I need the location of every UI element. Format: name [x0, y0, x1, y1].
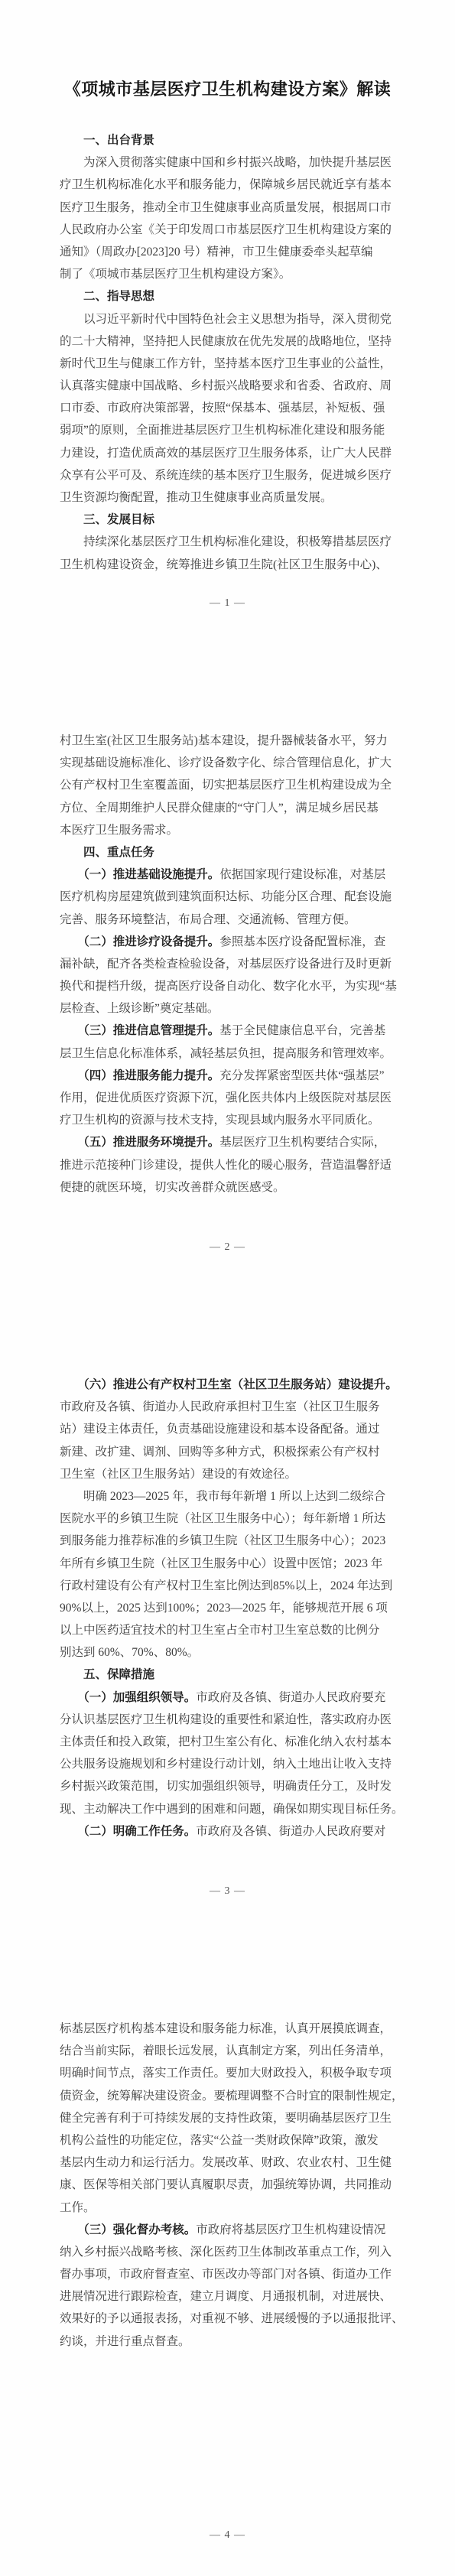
text-line: 标基层医疗机构基本建设和服务能力标准，认真开展摸底调查，	[60, 2018, 393, 2040]
body-text: 乡村振兴政策范围，切实加强组织领导，明确责任分工，及时发	[60, 1780, 392, 1793]
body-text: 制了《项城市基层医疗卫生机构建设方案》。	[60, 268, 291, 281]
text-line: 康、医保等相关部门要认真履职尽责，加强统筹协调，共同推动	[60, 2174, 393, 2196]
text-line: 现、主动解决工作中遇到的困难和问题，确保如期实现目标任务。	[60, 1798, 393, 1820]
text-line: 层卫生信息化标准体系，减轻基层负担，提高服务和管理效率。	[60, 1042, 393, 1065]
text-line: （三）强化督办考核。市政府将基层医疗卫生机构建设情况	[60, 2219, 393, 2241]
bold-text: 二、指导思想	[60, 290, 154, 303]
text-line: 新建、改扩建、调剂、回购等多种方式，积极探索公有产权村	[60, 1441, 393, 1463]
text-line: 医院水平的乡镇卫生院（社区卫生服务中心）；每年新增 1 所达	[60, 1508, 393, 1530]
text-line: 推进示范接种门诊建设，提供人性化的暖心服务，营造温馨舒适	[60, 1154, 393, 1176]
body-text: 疗卫生机构标准化水平和服务能力，保障城乡居民就近享有基本	[60, 178, 392, 191]
body-text: 新时代卫生与健康工作方针，坚持基本医疗卫生事业的公益性，	[60, 357, 392, 370]
body-text: 层卫生信息化标准体系，减轻基层负担，提高服务和管理效率。	[60, 1047, 392, 1060]
text-line: 明确时间节点，落实工作责任。要加大财政投入，积极争取专项	[60, 2062, 393, 2084]
body-text: 实现基础设施标准化、诊疗设备数字化、综合管理信息化，扩大	[60, 756, 392, 769]
text-line: 结合当前实际，着眼长远发展，认真制定方案，列出任务清单，	[60, 2040, 393, 2062]
body-text: 主体责任和投入政策，把村卫生室公有化、标准化纳入农村基本	[60, 1735, 392, 1748]
text-line: 便捷的就医环境，切实改善群众就医感受。	[60, 1176, 393, 1199]
body-text: 明确时间节点，落实工作责任。要加大财政投入，积极争取专项	[60, 2067, 392, 2080]
body-text: 认真落实健康中国战略、乡村振兴战略要求和省委、省政府、周	[60, 379, 392, 392]
body-text: 公有产权村卫生室覆盖面，切实把基层医疗卫生机构建设成为全	[60, 779, 392, 792]
heading-line: 一、出台背景	[60, 129, 393, 151]
body-text: 标基层医疗机构基本建设和服务能力标准，认真开展摸底调查，	[60, 2022, 392, 2035]
text-line: 90%以上，2025 达到100%；2023—2025 年，能够规范开展 6 项	[60, 1597, 393, 1619]
text-line: 人民政府办公室《关于印发周口市基层医疗卫生机构建设方案的	[60, 219, 393, 241]
text-line: 主体责任和投入政策，把村卫生室公有化、标准化纳入农村基本	[60, 1731, 393, 1753]
body-text: 健全完善有利于可持续发展的支持性政策，要明确基层医疗卫生	[60, 2112, 392, 2125]
page-number: — 2 —	[0, 1241, 455, 1254]
body-text: 进展情况进行跟踪检查，建立月调度、月通报机制，对进展快、	[60, 2290, 392, 2303]
text-line: 漏补缺，配齐各类检查检验设备，对基层医疗设备进行及时更新	[60, 953, 393, 975]
body-text: 市政府将基层医疗卫生机构建设情况	[196, 2223, 385, 2236]
body-text: 方位、全周期维护人民群众健康的“守门人”，满足城乡居民基	[60, 802, 379, 815]
document-title: 《项城市基层医疗卫生机构建设方案》解读	[0, 76, 455, 100]
body-text: 效果好的予以通报表扬，对重视不够、进展缓慢的予以通报批评、	[60, 2312, 404, 2325]
page: 标基层医疗机构基本建设和服务能力标准，认真开展摸底调查，结合当前实际，着眼长远发…	[0, 1932, 455, 2576]
body-text: 以习近平新时代中国特色社会主义思想为指导，深入贯彻党	[60, 313, 392, 326]
body-text: 结合当前实际，着眼长远发展，认真制定方案，列出任务清单，	[60, 2044, 392, 2057]
body-text: 站）建设主体责任，负责基础设施建设和基本设备配备。通过	[60, 1423, 380, 1436]
body-text: 现、主动解决工作中遇到的困难和问题，确保如期实现目标任务。	[60, 1803, 404, 1816]
text-line: 督办事项，市政府督查室、市医改办等部门对各镇、街道办工作	[60, 2263, 393, 2285]
body-text: 依据国家现行建设标准，对基层	[219, 868, 385, 881]
text-line: 完善、服务环境整洁，布局合理、交通流畅、管理方便。	[60, 909, 393, 931]
body-text: 换代和提档升级，提高医疗设备自动化、数字化水平，为实现“基	[60, 980, 397, 993]
text-line: 年所有乡镇卫生院（社区卫生服务中心）设置中医馆；2023 年	[60, 1553, 393, 1575]
text-line: 作用，促进优质医疗资源下沉，强化医共体内上级医院对基层医	[60, 1087, 393, 1109]
text-line: 明确 2023—2025 年，我市每年新增 1 所以上达到二级综合	[60, 1485, 393, 1508]
text-line: 公共服务设施规划和乡村建设行动计划，纳入土地出让收入支持	[60, 1753, 393, 1775]
text-line: 进展情况进行跟踪检查，建立月调度、月通报机制，对进展快、	[60, 2285, 393, 2308]
body-text: 新建、改扩建、调剂、回购等多种方式，积极探索公有产权村	[60, 1446, 380, 1459]
text-line: 站）建设主体责任，负责基础设施建设和基本设备配备。通过	[60, 1418, 393, 1440]
bold-text: （四）推进服务能力提升。	[60, 1069, 219, 1082]
text-line: 公有产权村卫生室覆盖面，切实把基层医疗卫生机构建设成为全	[60, 774, 393, 796]
text-line: 纳入乡村振兴战略考核、深化医药卫生体制改革重点工作，列入	[60, 2241, 393, 2263]
body-text: 督办事项，市政府督查室、市医改办等部门对各镇、街道办工作	[60, 2268, 392, 2281]
page-number: — 3 —	[0, 1885, 455, 1898]
bold-text: （六）推进公有产权村卫生室（社区卫生服务站）建设提升。	[60, 1378, 398, 1391]
text-line: 到服务能力推荐标准的乡镇卫生院（社区卫生服务中心）；2023	[60, 1530, 393, 1552]
text-line: 以上中医药适宜技术的村卫生室占全市村卫生室总数的比例分	[60, 1619, 393, 1641]
text-line: 医疗卫生服务，推动全市卫生健康事业高质量发展，根据周口市	[60, 197, 393, 219]
body-text: 以上中医药适宜技术的村卫生室占全市村卫生室总数的比例分	[60, 1624, 380, 1637]
text-line: 实现基础设施标准化、诊疗设备数字化、综合管理信息化，扩大	[60, 752, 393, 774]
body-text: 通知》（周政办[2023]20 号）精神，市卫生健康委牵头起草编	[60, 246, 372, 259]
body-text: 到服务能力推荐标准的乡镇卫生院（社区卫生服务中心）；2023	[60, 1534, 385, 1547]
body-text: 卫生室（社区卫生服务站）建设的有效途径。	[60, 1468, 297, 1481]
page-number: — 4 —	[0, 2529, 455, 2542]
text-line: 乡村振兴政策范围，切实加强组织领导，明确责任分工，及时发	[60, 1775, 393, 1797]
body-text: 债资金，统筹解决建设资金。要梳理调整不合时宜的限制性规定，	[60, 2090, 404, 2103]
bold-text: 一、出台背景	[60, 134, 154, 147]
body-text: 约谈，并进行重点督查。	[60, 2335, 190, 2348]
text-line: （一）推进基础设施提升。依据国家现行建设标准，对基层	[60, 864, 393, 886]
text-line: （二）推进诊疗设备提升。参照基本医疗设备配置标准，查	[60, 931, 393, 953]
text-line: 约谈，并进行重点督查。	[60, 2330, 393, 2353]
body-text: 口市委、市政府决策部署，按照“保基本、强基层，补短板、强	[60, 402, 385, 415]
body-text: 本医疗卫生服务需求。	[60, 824, 178, 837]
page-lines: 一、出台背景 为深入贯彻落实健康中国和乡村振兴战略，加快提升基层医疗卫生机构标准…	[60, 129, 393, 576]
bold-text: 三、发展目标	[60, 513, 154, 526]
text-line: 口市委、市政府决策部署，按照“保基本、强基层，补短板、强	[60, 397, 393, 419]
text-line: 为深入贯彻落实健康中国和乡村振兴战略，加快提升基层医	[60, 151, 393, 174]
text-line: 医疗机构房屋建筑做到建筑面积达标、功能分区合理、配套设施	[60, 886, 393, 908]
text-line: 认真落实健康中国战略、乡村振兴战略要求和省委、省政府、周	[60, 375, 393, 397]
body-text: 推进示范接种门诊建设，提供人性化的暖心服务，营造温馨舒适	[60, 1159, 392, 1172]
text-line: 层检查、上级诊断”奠定基础。	[60, 997, 393, 1020]
text-line: 换代和提档升级，提高医疗设备自动化、数字化水平，为实现“基	[60, 975, 393, 997]
body-text: 工作。	[60, 2201, 96, 2214]
heading-line: 四、重点任务	[60, 841, 393, 864]
body-text: 市政府及各镇、街道办人民政府承担村卫生室（社区卫生服务	[60, 1400, 380, 1413]
body-text: 充分发挥紧密型医共体“强基层”	[219, 1069, 384, 1082]
body-text: 疗卫生机构的资源与技术支持，实现县域内服务水平同质化。	[60, 1114, 380, 1127]
text-line: 卫生室（社区卫生服务站）建设的有效途径。	[60, 1463, 393, 1485]
body-text: 医疗机构房屋建筑做到建筑面积达标、功能分区合理、配套设施	[60, 890, 392, 903]
text-line: 工作。	[60, 2197, 393, 2219]
body-text: 层检查、上级诊断”奠定基础。	[60, 1002, 219, 1015]
page: （六）推进公有产权村卫生室（社区卫生服务站）建设提升。市政府及各镇、街道办人民政…	[0, 1288, 455, 1932]
bold-text: （三）强化督办考核。	[60, 2223, 196, 2236]
body-text: 基层内生动力和运行活力。发展改革、财政、农业农村、卫生健	[60, 2156, 392, 2169]
text-line: （二）明确工作任务。市政府及各镇、街道办人民政府要对	[60, 1820, 393, 1843]
text-line: 以习近平新时代中国特色社会主义思想为指导，深入贯彻党	[60, 308, 393, 330]
text-line: 健全完善有利于可持续发展的支持性政策，要明确基层医疗卫生	[60, 2107, 393, 2129]
page-lines: 村卫生室(社区卫生服务站)基本建设，提升器械装备水平，努力实现基础设施标准化、诊…	[60, 730, 393, 1199]
body-text: 90%以上，2025 达到100%；2023—2025 年，能够规范开展 6 项	[60, 1602, 388, 1615]
document: 《项城市基层医疗卫生机构建设方案》解读 一、出台背景 为深入贯彻落实健康中国和乡…	[0, 0, 455, 2576]
body-text: 便捷的就医环境，切实改善群众就医感受。	[60, 1181, 285, 1194]
page-lines: （六）推进公有产权村卫生室（社区卫生服务站）建设提升。市政府及各镇、街道办人民政…	[60, 1374, 393, 1843]
body-text: 行政村建设有公有产权村卫生室比例达到85%以上，2024 年达到	[60, 1579, 392, 1592]
body-text: 弱项”的原则，全面推进基层医疗卫生机构标准化建设和服务能	[60, 424, 385, 437]
body-text: 基层医疗卫生机构要结合实际，	[219, 1136, 385, 1149]
body-text: 为深入贯彻落实健康中国和乡村振兴战略，加快提升基层医	[60, 156, 392, 169]
bold-text: （二）推进诊疗设备提升。	[60, 935, 219, 948]
bold-text: （一）加强组织领导。	[60, 1691, 196, 1704]
body-text: 医疗卫生服务，推动全市卫生健康事业高质量发展，根据周口市	[60, 201, 392, 214]
text-line: 持续深化基层医疗卫生机构标准化建设，积极筹措基层医疗	[60, 531, 393, 553]
text-line: （五）推进服务环境提升。基层医疗卫生机构要结合实际，	[60, 1131, 393, 1153]
body-text: 分认识基层医疗卫生机构建设的重要性和紧迫性，落实政府办医	[60, 1713, 392, 1726]
body-text: 医院水平的乡镇卫生院（社区卫生服务中心）；每年新增 1 所达	[60, 1512, 385, 1525]
heading-line: 五、保障措施	[60, 1664, 393, 1686]
text-line: 债资金，统筹解决建设资金。要梳理调整不合时宜的限制性规定，	[60, 2085, 393, 2107]
text-line: 卫生机构建设资金，统筹推进乡镇卫生院(社区卫生服务中心)、	[60, 554, 393, 576]
text-line: 村卫生室(社区卫生服务站)基本建设，提升器械装备水平，努力	[60, 730, 393, 752]
body-text: 机构公益性的功能定位，落实“公益一类财政保障”政策，激发	[60, 2134, 379, 2147]
body-text: 完善、服务环境整洁，布局合理、交通流畅、管理方便。	[60, 913, 356, 926]
page-number: — 1 —	[0, 597, 455, 610]
page: 村卫生室(社区卫生服务站)基本建设，提升器械装备水平，努力实现基础设施标准化、诊…	[0, 644, 455, 1288]
body-text: 众享有公平可及、系统连续的基本医疗卫生服务，促进城乡医疗	[60, 469, 392, 482]
page: 《项城市基层医疗卫生机构建设方案》解读 一、出台背景 为深入贯彻落实健康中国和乡…	[0, 0, 455, 644]
text-line: 本医疗卫生服务需求。	[60, 819, 393, 841]
text-line: 制了《项城市基层医疗卫生机构建设方案》。	[60, 263, 393, 285]
body-text: 卫生资源均衡配置，推动卫生健康事业高质量发展。	[60, 491, 333, 504]
bold-text: （二）明确工作任务。	[60, 1825, 196, 1838]
bold-text: 四、重点任务	[60, 846, 154, 859]
heading-line: （六）推进公有产权村卫生室（社区卫生服务站）建设提升。	[60, 1374, 393, 1396]
text-line: 基层内生动力和运行活力。发展改革、财政、农业农村、卫生健	[60, 2152, 393, 2174]
text-line: 力建设，打造优质高效的基层医疗卫生服务体系，让广大人民群	[60, 442, 393, 464]
bold-text: （五）推进服务环境提升。	[60, 1136, 219, 1149]
bold-text: （一）推进基础设施提升。	[60, 868, 219, 881]
body-text: 参照基本医疗设备配置标准，查	[219, 935, 385, 948]
body-text: 漏补缺，配齐各类检查检验设备，对基层医疗设备进行及时更新	[60, 958, 392, 971]
body-text: 村卫生室(社区卫生服务站)基本建设，提升器械装备水平，努力	[60, 734, 388, 747]
text-line: 分认识基层医疗卫生机构建设的重要性和紧迫性，落实政府办医	[60, 1709, 393, 1731]
body-text: 公共服务设施规划和乡村建设行动计划，纳入土地出让收入支持	[60, 1758, 392, 1771]
text-line: 机构公益性的功能定位，落实“公益一类财政保障”政策，激发	[60, 2129, 393, 2152]
body-text: 的二十大精神，坚持把人民健康放在优先发展的战略地位，坚持	[60, 335, 392, 348]
bold-text: （三）推进信息管理提升。	[60, 1024, 219, 1037]
text-line: 疗卫生机构标准化水平和服务能力，保障城乡居民就近享有基本	[60, 174, 393, 196]
text-line: 通知》（周政办[2023]20 号）精神，市卫生健康委牵头起草编	[60, 241, 393, 263]
text-line: 方位、全周期维护人民群众健康的“守门人”，满足城乡居民基	[60, 797, 393, 819]
page-lines: 标基层医疗机构基本建设和服务能力标准，认真开展摸底调查，结合当前实际，着眼长远发…	[60, 2018, 393, 2353]
text-line: 市政府及各镇、街道办人民政府承担村卫生室（社区卫生服务	[60, 1396, 393, 1418]
body-text: 作用，促进优质医疗资源下沉，强化医共体内上级医院对基层医	[60, 1091, 392, 1104]
body-text: 力建设，打造优质高效的基层医疗卫生服务体系，让广大人民群	[60, 447, 392, 460]
body-text: 卫生机构建设资金，统筹推进乡镇卫生院(社区卫生服务中心)、	[60, 558, 388, 571]
heading-line: 三、发展目标	[60, 509, 393, 531]
text-line: 众享有公平可及、系统连续的基本医疗卫生服务，促进城乡医疗	[60, 464, 393, 486]
document-pages: 《项城市基层医疗卫生机构建设方案》解读 一、出台背景 为深入贯彻落实健康中国和乡…	[0, 0, 455, 2576]
text-line: （四）推进服务能力提升。充分发挥紧密型医共体“强基层”	[60, 1065, 393, 1087]
text-line: （三）推进信息管理提升。基于全民健康信息平台，完善基	[60, 1020, 393, 1042]
body-text: 别达到 60%、70%、80%。	[60, 1646, 199, 1659]
text-line: （一）加强组织领导。市政府及各镇、街道办人民政府要充	[60, 1686, 393, 1709]
text-line: 卫生资源均衡配置，推动卫生健康事业高质量发展。	[60, 486, 393, 509]
body-text: 年所有乡镇卫生院（社区卫生服务中心）设置中医馆；2023 年	[60, 1557, 382, 1570]
text-line: 的二十大精神，坚持把人民健康放在优先发展的战略地位，坚持	[60, 330, 393, 353]
body-text: 持续深化基层医疗卫生机构标准化建设，积极筹措基层医疗	[60, 535, 392, 548]
heading-line: 二、指导思想	[60, 285, 393, 307]
text-line: 别达到 60%、70%、80%。	[60, 1641, 393, 1664]
text-line: 疗卫生机构的资源与技术支持，实现县域内服务水平同质化。	[60, 1109, 393, 1131]
body-text: 明确 2023—2025 年，我市每年新增 1 所以上达到二级综合	[60, 1490, 385, 1503]
body-text: 康、医保等相关部门要认真履职尽责，加强统筹协调，共同推动	[60, 2178, 392, 2191]
body-text: 基于全民健康信息平台，完善基	[219, 1024, 385, 1037]
text-line: 行政村建设有公有产权村卫生室比例达到85%以上，2024 年达到	[60, 1575, 393, 1597]
body-text: 人民政府办公室《关于印发周口市基层医疗卫生机构建设方案的	[60, 223, 392, 236]
body-text: 市政府及各镇、街道办人民政府要对	[196, 1825, 385, 1838]
text-line: 弱项”的原则，全面推进基层医疗卫生机构标准化建设和服务能	[60, 419, 393, 441]
text-line: 效果好的予以通报表扬，对重视不够、进展缓慢的予以通报批评、	[60, 2308, 393, 2330]
text-line: 新时代卫生与健康工作方针，坚持基本医疗卫生事业的公益性，	[60, 353, 393, 375]
body-text: 纳入乡村振兴战略考核、深化医药卫生体制改革重点工作，列入	[60, 2246, 392, 2259]
body-text: 市政府及各镇、街道办人民政府要充	[196, 1691, 385, 1704]
bold-text: 五、保障措施	[60, 1668, 154, 1681]
